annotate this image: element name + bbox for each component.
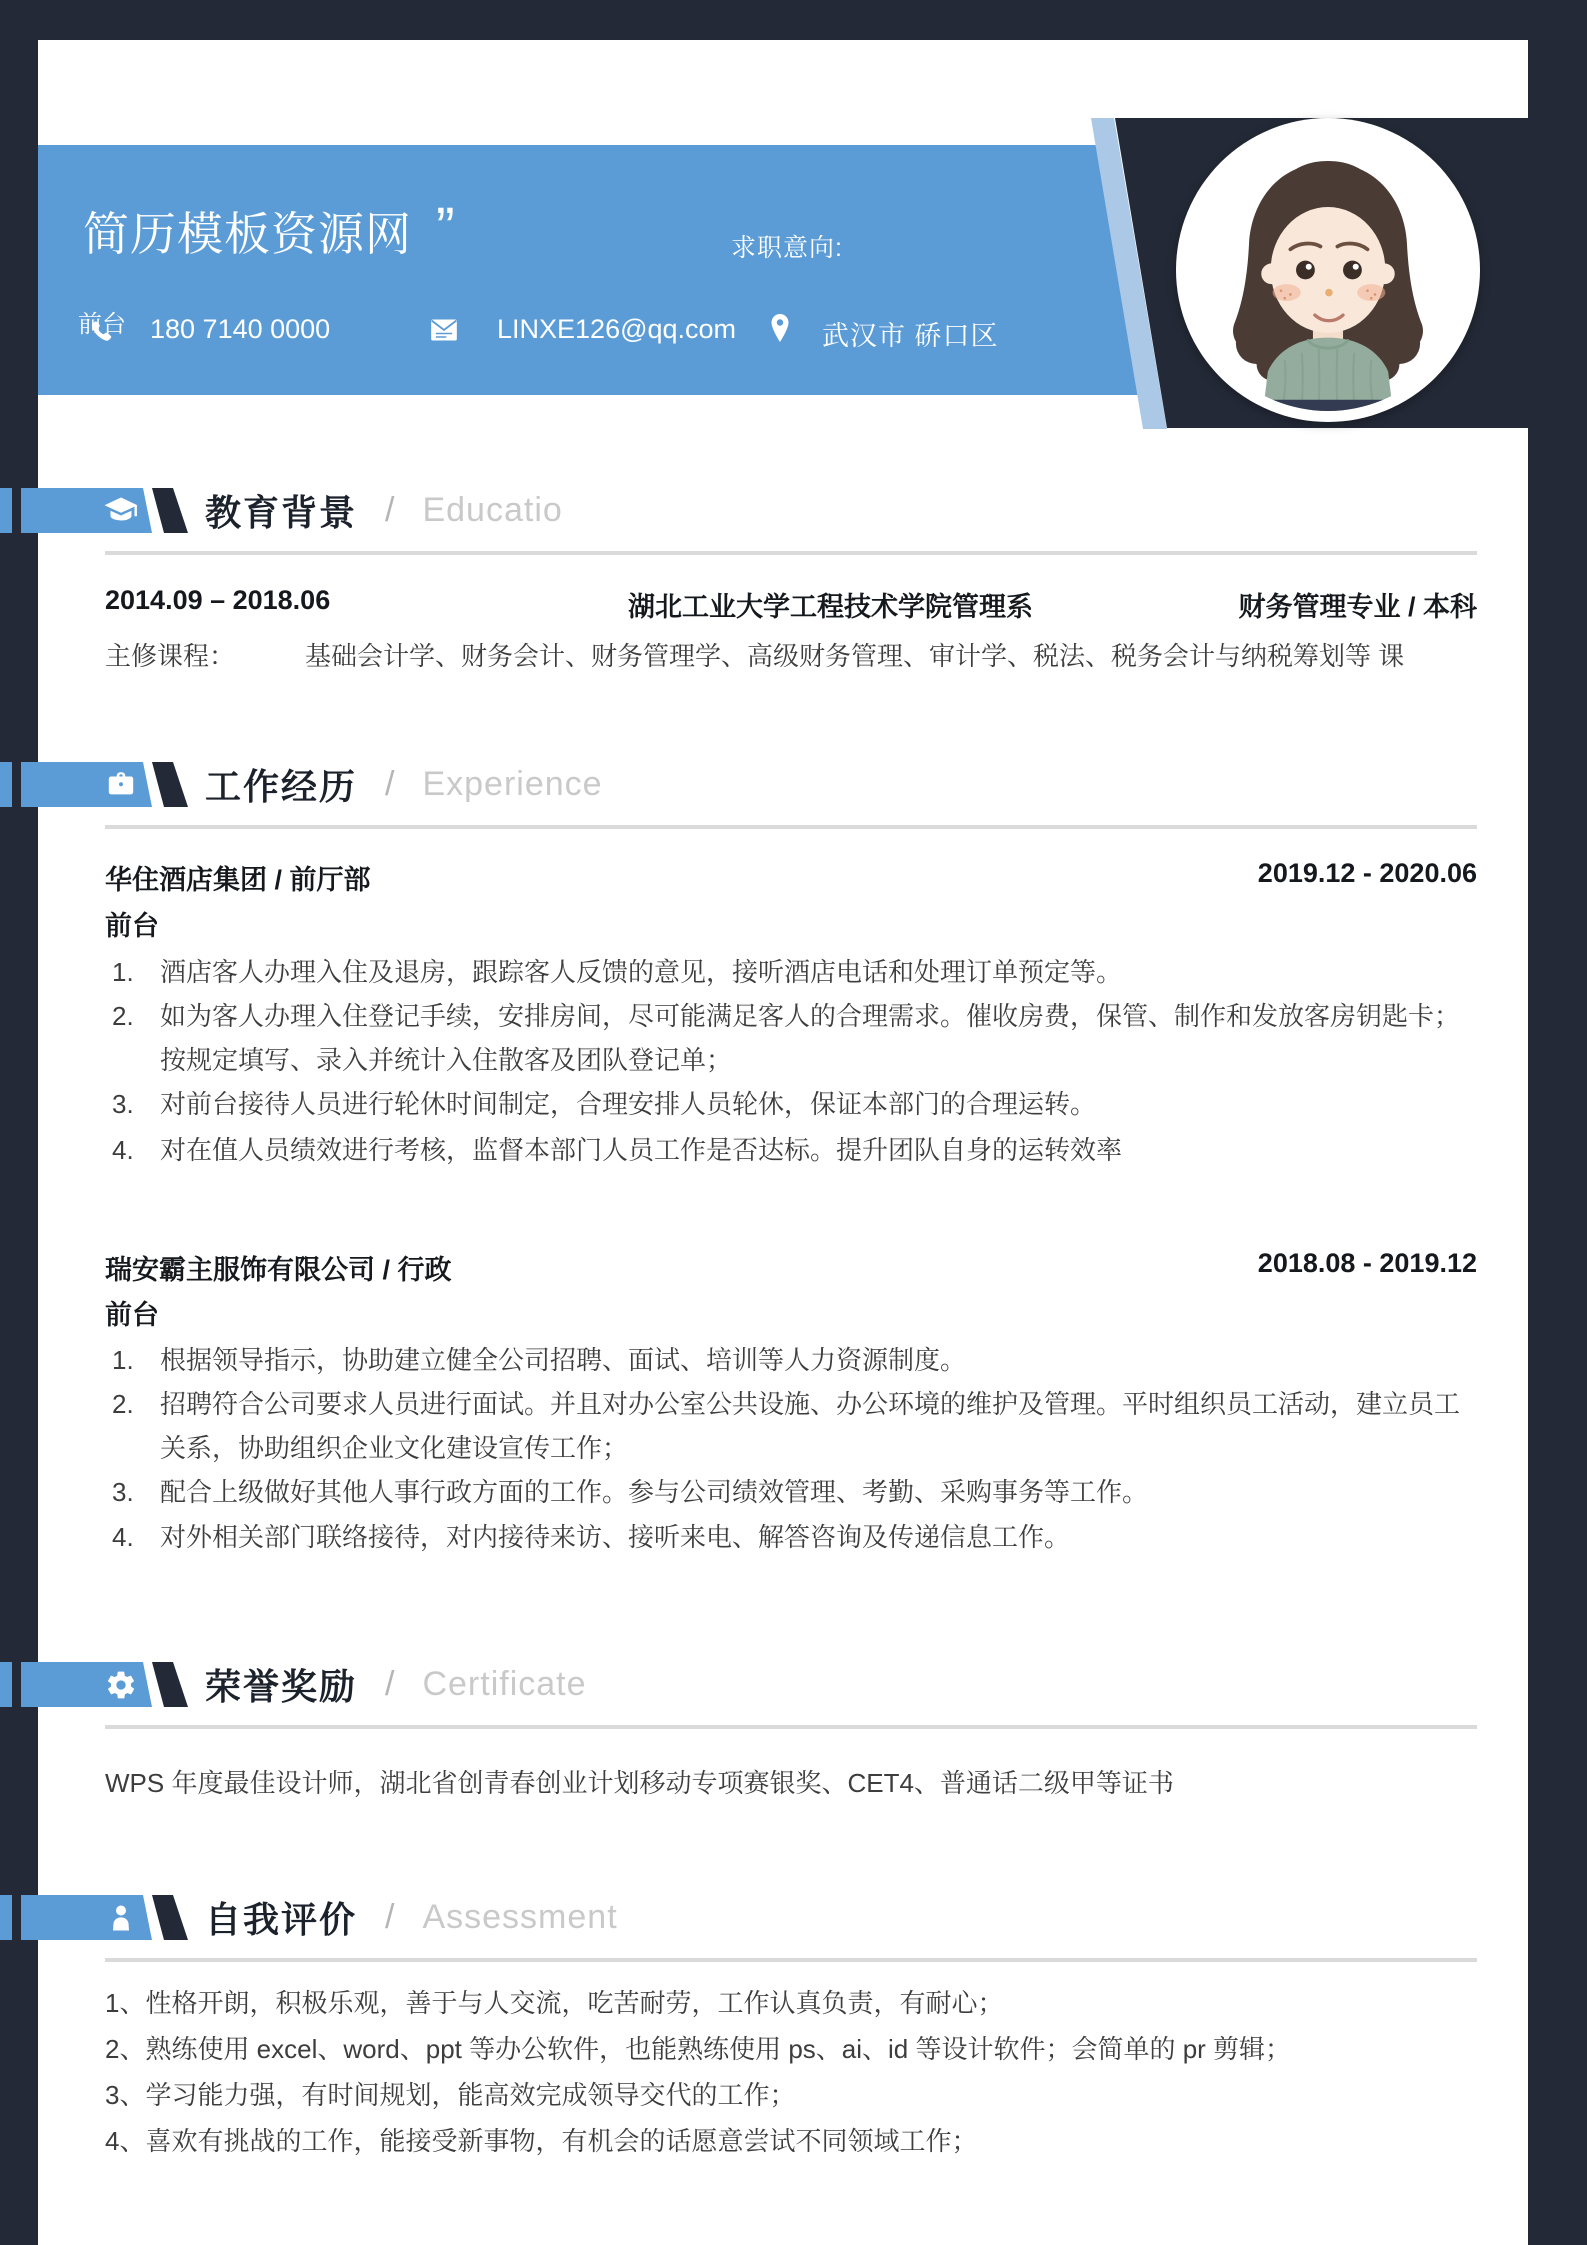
job-role: 前台 xyxy=(105,904,159,943)
section-title: 荣誉奖励 xyxy=(205,1659,357,1710)
job-duty: 1.酒店客人办理入住及退房，跟踪客人反馈的意见，接听酒店电话和处理订单预定等。 xyxy=(112,950,1480,994)
job-duty: 4.对在值人员绩效进行考核，监督本部门人员工作是否达标。提升团队自身的运转效率 xyxy=(112,1128,1480,1172)
education-school: 湖北工业大学工程技术学院管理系 xyxy=(628,585,1033,624)
avatar-illustration xyxy=(1187,129,1469,411)
section-title: 教育背景 xyxy=(205,485,357,536)
section-header-education: 教育背景 / Educatio xyxy=(205,488,563,533)
email-icon xyxy=(430,318,458,347)
assessment-item: 3、学习能力强，有时间规划，能高效完成领导交代的工作； xyxy=(105,2073,1485,2117)
section-notch-experience xyxy=(0,762,12,807)
section-underline xyxy=(105,1725,1477,1729)
job-company: 华住酒店集团 / 前厅部 xyxy=(105,858,371,897)
courses-label: 主修课程： xyxy=(105,641,235,671)
section-title-en: Certificate xyxy=(422,1665,586,1704)
slash-divider: / xyxy=(385,1898,394,1937)
section-title: 工作经历 xyxy=(205,759,357,810)
avatar xyxy=(1176,118,1480,422)
site-name: 简历模板资源网 xyxy=(83,208,412,260)
section-header-experience: 工作经历 / Experience xyxy=(205,762,603,807)
page-title: 简历模板资源网” xyxy=(83,198,456,264)
section-underline xyxy=(105,1958,1477,1962)
job-intent-value: 前台 xyxy=(78,304,126,339)
education-major: 财务管理专业 / 本科 xyxy=(1238,585,1477,624)
section-notch-education xyxy=(0,488,12,533)
contact-row: 前台 180 7140 0000 LINXE126@qq.com 武汉市 硚口区 xyxy=(0,308,1100,356)
certificate-text: WPS 年度最佳设计师，湖北省创青春创业计划移动专项赛银奖、CET4、普通话二级… xyxy=(105,1763,1174,1800)
courses-text: 基础会计学、财务会计、财务管理学、高级财务管理、审计学、税法、税务会计与纳税筹划… xyxy=(305,641,1404,671)
slash-divider: / xyxy=(385,1665,394,1704)
quote-mark: ” xyxy=(436,195,456,258)
section-underline xyxy=(105,825,1477,829)
graduation-cap-icon xyxy=(99,488,143,533)
location-text: 武汉市 硚口区 xyxy=(822,314,999,353)
job-period: 2018.08 - 2019.12 xyxy=(1258,1248,1477,1279)
resume-document: 简历模板资源网” 求职意向: 前台 180 7140 0000 LINXE126… xyxy=(0,0,1587,2245)
gear-icon xyxy=(99,1662,143,1707)
location-icon xyxy=(768,312,792,349)
email-address: LINXE126@qq.com xyxy=(497,314,736,345)
person-icon xyxy=(99,1895,143,1940)
job-role: 前台 xyxy=(105,1293,159,1332)
section-notch-certificate xyxy=(0,1662,12,1707)
briefcase-icon xyxy=(99,762,143,807)
assessment-item: 4、喜欢有挑战的工作，能接受新事物，有机会的话愿意尝试不同领域工作； xyxy=(105,2119,1485,2163)
section-title: 自我评价 xyxy=(205,1892,357,1943)
job-duty: 4.对外相关部门联络接待，对内接待来访、接听来电、解答咨询及传递信息工作。 xyxy=(112,1515,1480,1559)
job-company: 瑞安霸主服饰有限公司 / 行政 xyxy=(105,1248,452,1287)
section-underline xyxy=(105,551,1477,555)
job-duty: 3.配合上级做好其他人事行政方面的工作。参与公司绩效管理、考勤、采购事务等工作。 xyxy=(112,1470,1480,1514)
section-header-certificate: 荣誉奖励 / Certificate xyxy=(205,1662,587,1707)
job-duty: 2.招聘符合公司要求人员进行面试。并且对办公室公共设施、办公环境的维护及管理。平… xyxy=(112,1382,1480,1470)
section-title-en: Educatio xyxy=(422,491,562,530)
job-duty: 2.如为客人办理入住登记手续，安排房间，尽可能满足客人的合理需求。催收房费，保管… xyxy=(112,994,1480,1082)
header-band xyxy=(38,145,1150,395)
phone-number: 180 7140 0000 xyxy=(150,314,330,345)
section-header-assessment: 自我评价 / Assessment xyxy=(205,1895,618,1940)
slash-divider: / xyxy=(385,491,394,530)
job-intent-label: 求职意向: xyxy=(731,228,843,264)
education-period: 2014.09 – 2018.06 xyxy=(105,585,330,616)
slash-divider: / xyxy=(385,765,394,804)
section-title-en: Experience xyxy=(422,765,602,804)
job-duty: 3.对前台接待人员进行轮休时间制定，合理安排人员轮休，保证本部门的合理运转。 xyxy=(112,1082,1480,1126)
assessment-item: 2、熟练使用 excel、word、ppt 等办公软件，也能熟练使用 ps、ai… xyxy=(105,2027,1485,2071)
section-notch-assessment xyxy=(0,1895,12,1940)
section-title-en: Assessment xyxy=(422,1898,617,1937)
education-courses: 主修课程：基础会计学、财务会计、财务管理学、高级财务管理、审计学、税法、税务会计… xyxy=(105,636,1404,673)
job-duty: 1.根据领导指示，协助建立健全公司招聘、面试、培训等人力资源制度。 xyxy=(112,1338,1480,1382)
job-period: 2019.12 - 2020.06 xyxy=(1258,858,1477,889)
assessment-item: 1、性格开朗，积极乐观，善于与人交流，吃苦耐劳，工作认真负责，有耐心； xyxy=(105,1981,1485,2025)
